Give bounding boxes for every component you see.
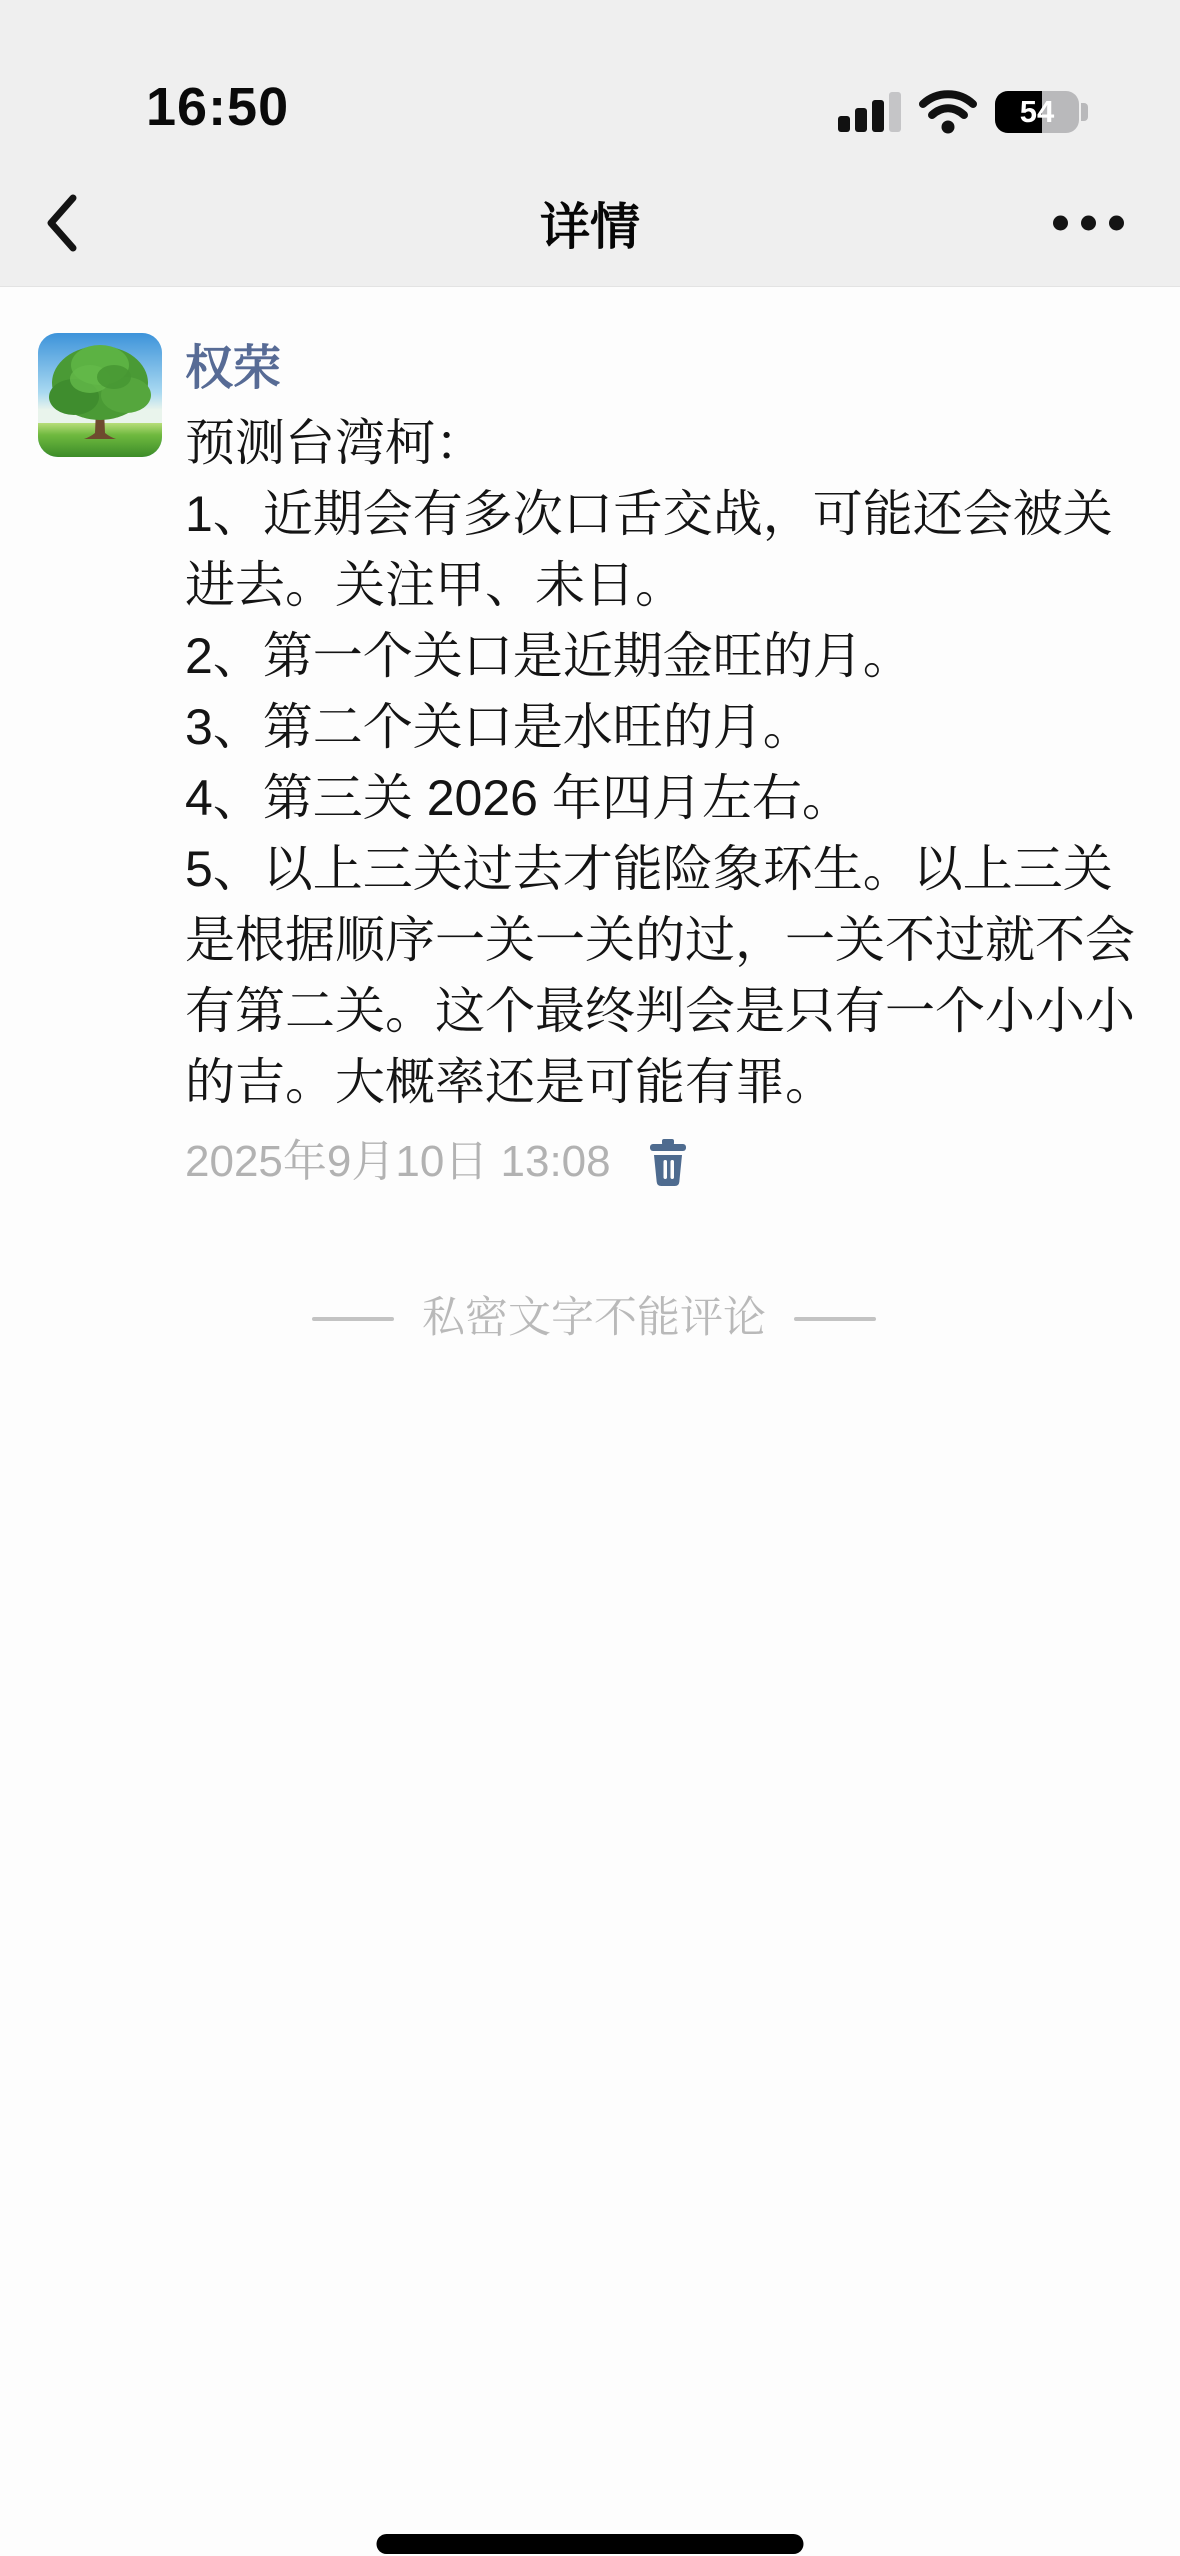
battery-icon: 54	[995, 91, 1088, 133]
tree-avatar-image	[38, 333, 162, 457]
author-name[interactable]: 权荣	[185, 341, 281, 396]
separator-line-left	[312, 1317, 394, 1321]
more-button[interactable]	[1053, 216, 1124, 231]
battery-nub	[1081, 103, 1088, 121]
post-timestamp: 2025年9月10日 13:08	[185, 1136, 611, 1189]
moment-post: 权荣 预测台湾柯： 1、近期会有多次口舌交战，可能还会被关进去。关注甲、未日。 …	[38, 333, 1150, 1189]
separator-line-right	[794, 1317, 876, 1321]
private-note-text: 私密文字不能评论	[422, 1293, 766, 1345]
wechat-moment-detail-screen: 16:50 54	[0, 0, 1180, 2556]
back-button[interactable]	[44, 193, 78, 253]
status-icons: 54	[838, 90, 1088, 134]
status-time: 16:50	[146, 80, 289, 134]
wifi-icon	[919, 90, 977, 134]
detail-content: 权荣 预测台湾柯： 1、近期会有多次口舌交战，可能还会被关进去。关注甲、未日。 …	[0, 287, 1180, 1345]
status-bar: 16:50 54	[0, 0, 1180, 160]
page-title: 详情	[540, 187, 640, 259]
cellular-signal-icon	[838, 92, 901, 132]
trash-icon	[649, 1139, 687, 1187]
avatar[interactable]	[38, 333, 162, 457]
delete-button[interactable]	[649, 1139, 687, 1187]
post-meta-row: 2025年9月10日 13:08	[185, 1136, 1150, 1189]
chevron-left-icon	[44, 193, 78, 253]
top-chrome: 16:50 54	[0, 0, 1180, 287]
nav-bar: 详情	[0, 160, 1180, 286]
home-indicator[interactable]	[377, 2534, 804, 2554]
private-note: 私密文字不能评论	[38, 1293, 1150, 1345]
battery-percent: 54	[995, 91, 1079, 133]
post-text: 预测台湾柯： 1、近期会有多次口舌交战，可能还会被关进去。关注甲、未日。 2、第…	[185, 408, 1150, 1118]
post-body: 权荣 预测台湾柯： 1、近期会有多次口舌交战，可能还会被关进去。关注甲、未日。 …	[185, 333, 1150, 1189]
ellipsis-icon	[1053, 216, 1124, 231]
